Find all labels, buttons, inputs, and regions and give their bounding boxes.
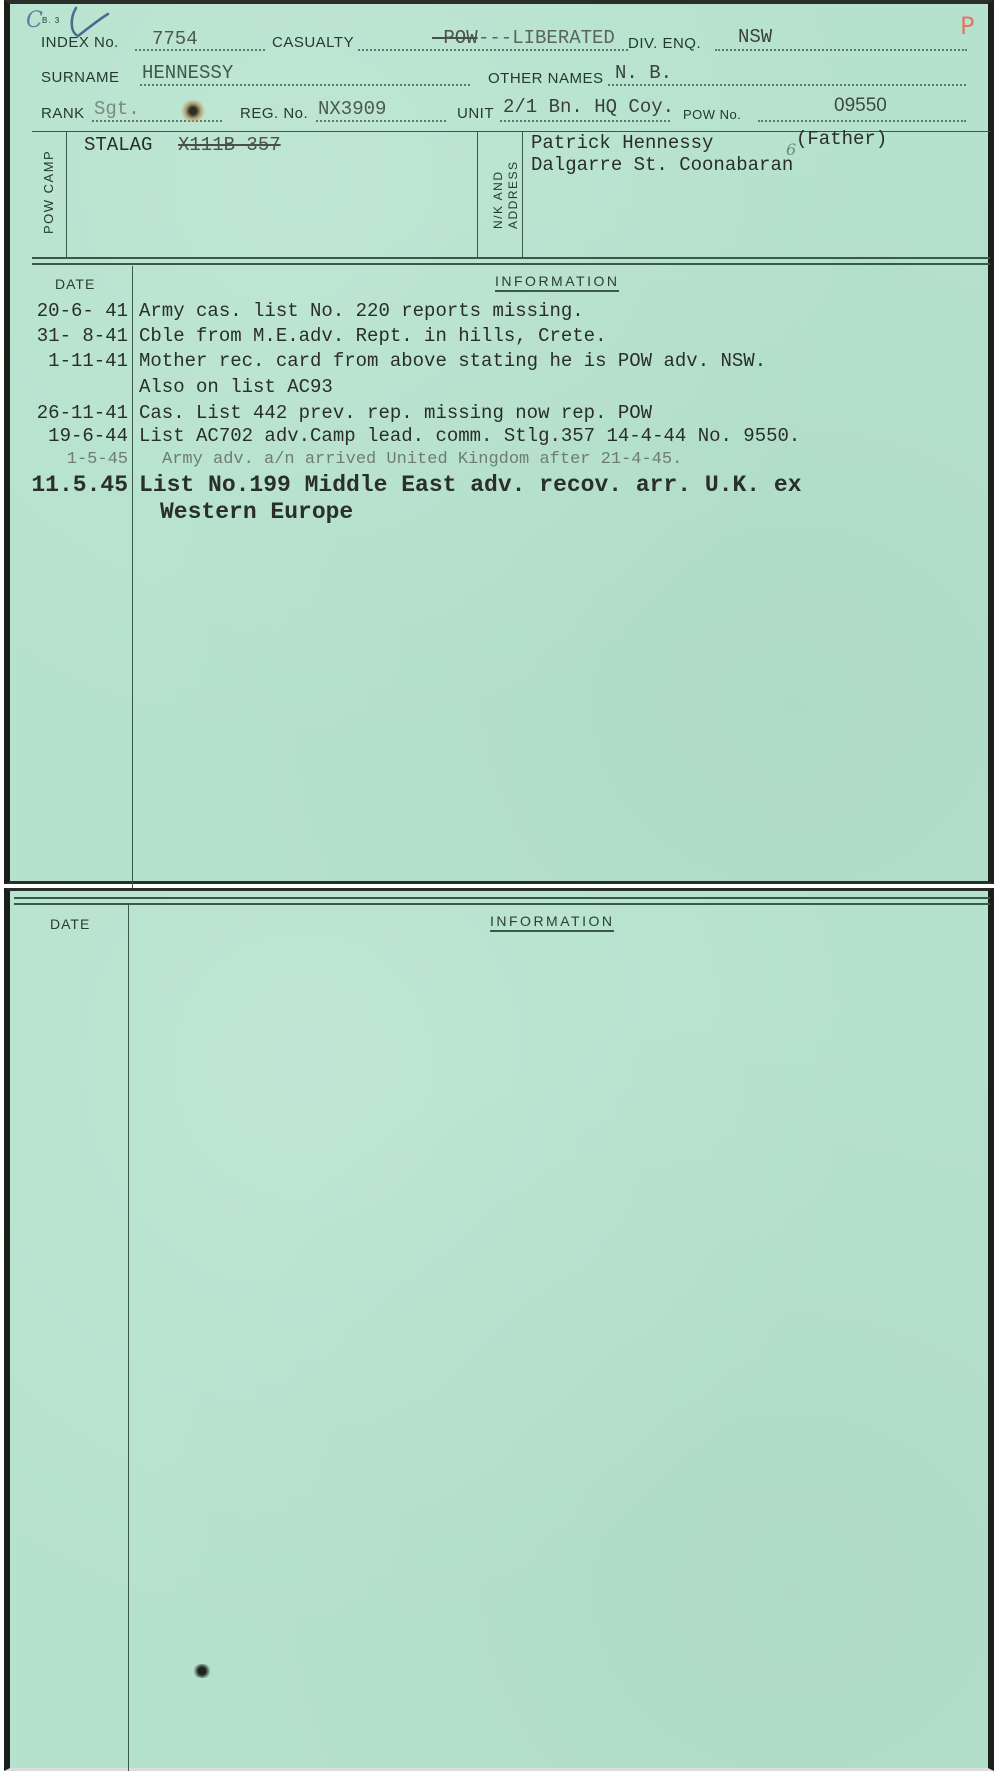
index-label: INDEX No. <box>41 34 119 51</box>
information-header: INFORMATION <box>495 273 619 292</box>
rule-nk-left <box>477 132 478 257</box>
index-value: 7754 <box>152 28 198 50</box>
entry-text: Western Europe <box>160 499 353 525</box>
rule-date-column <box>132 266 133 888</box>
nk-relation: (Father) <box>796 128 887 150</box>
rank-value: Sgt. <box>94 98 140 120</box>
double-rule-bottom <box>32 263 990 265</box>
div-enq-value: NSW <box>738 26 772 48</box>
surname-dotted-line <box>140 84 470 86</box>
reg-no-value: NX3909 <box>318 98 386 120</box>
double-rule-top <box>32 257 990 259</box>
pow-no-value: 09550 <box>834 95 887 117</box>
casualty-dotted-line <box>358 49 628 51</box>
entry-text: Cas. List 442 prev. rep. missing now rep… <box>139 402 652 424</box>
entry-date: 19-6-44 <box>48 425 128 447</box>
entry-text: Army adv. a/n arrived United Kingdom aft… <box>162 450 682 469</box>
entry-date: 11.5.45 <box>31 472 128 498</box>
unit-value: 2/1 Bn. HQ Coy. <box>503 96 674 118</box>
nk-label-line1: N/K AND <box>491 170 505 229</box>
record-card-front: C B. 3 P INDEX No. 7754 CASUALTY -POW --… <box>4 0 994 884</box>
double-rule-top <box>14 897 990 899</box>
entry-text: Mother rec. card from above stating he i… <box>139 350 766 372</box>
rank-dotted-line <box>92 120 222 122</box>
record-card-back: DATE INFORMATION <box>4 888 994 1771</box>
entry-date: 26-11-41 <box>37 402 128 424</box>
ink-stain <box>180 100 206 122</box>
casualty-label: CASUALTY <box>272 34 354 51</box>
nk-name: Patrick Hennessy <box>531 132 713 154</box>
date-header: DATE <box>50 916 90 932</box>
pow-camp-struck: X111B-357 <box>178 134 281 156</box>
entry-text: Army cas. list No. 220 reports missing. <box>139 300 584 322</box>
entry-date: 20-6- 41 <box>37 300 128 322</box>
surname-value: HENNESSY <box>142 62 233 84</box>
div-enq-label: DIV. ENQ. <box>628 35 701 52</box>
entry-text: Also on list AC93 <box>139 376 333 398</box>
information-header: INFORMATION <box>490 913 614 932</box>
entry-date: 1-11-41 <box>48 350 128 372</box>
rule-date-column <box>128 905 129 1771</box>
rank-label: RANK <box>41 105 85 122</box>
entry-date: 1-5-45 <box>67 450 128 469</box>
surname-label: SURNAME <box>41 69 120 86</box>
pow-camp-prefix: STALAG <box>84 134 152 156</box>
form-code: B. 3 <box>42 16 60 25</box>
reg-no-label: REG. No. <box>240 105 308 122</box>
pow-no-label: POW No. <box>683 107 741 122</box>
entry-text: List AC702 adv.Camp lead. comm. Stlg.357… <box>139 425 800 447</box>
handwritten-c-mark: C <box>26 8 43 33</box>
handwritten-p-mark: P <box>960 12 974 40</box>
double-rule-bottom <box>14 903 990 905</box>
casualty-struck-value: -POW <box>432 27 478 49</box>
nk-address: Dalgarre St. Coonabaran <box>531 154 793 176</box>
other-names-label: OTHER NAMES <box>488 70 604 87</box>
date-header: DATE <box>55 276 95 292</box>
unit-dotted-line <box>500 120 670 122</box>
unit-label: UNIT <box>457 105 494 122</box>
casualty-value: ---LIBERATED <box>478 27 615 49</box>
pow-camp-label: POW CAMP <box>41 150 56 234</box>
entry-text: List No.199 Middle East adv. recov. arr.… <box>139 472 802 498</box>
ink-stain <box>192 1664 212 1678</box>
rule-nk-right <box>522 132 523 257</box>
pow-no-dotted-line <box>758 120 966 122</box>
other-names-value: N. B. <box>615 62 672 84</box>
entry-text: Cble from M.E.adv. Rept. in hills, Crete… <box>139 325 606 347</box>
rule-camp-label <box>66 132 67 257</box>
nk-label-line2: ADDRESS <box>506 160 520 229</box>
reg-no-dotted-line <box>316 120 446 122</box>
other-names-dotted-line <box>608 84 966 86</box>
entry-date: 31- 8-41 <box>37 325 128 347</box>
div-enq-dotted-line <box>715 49 967 51</box>
